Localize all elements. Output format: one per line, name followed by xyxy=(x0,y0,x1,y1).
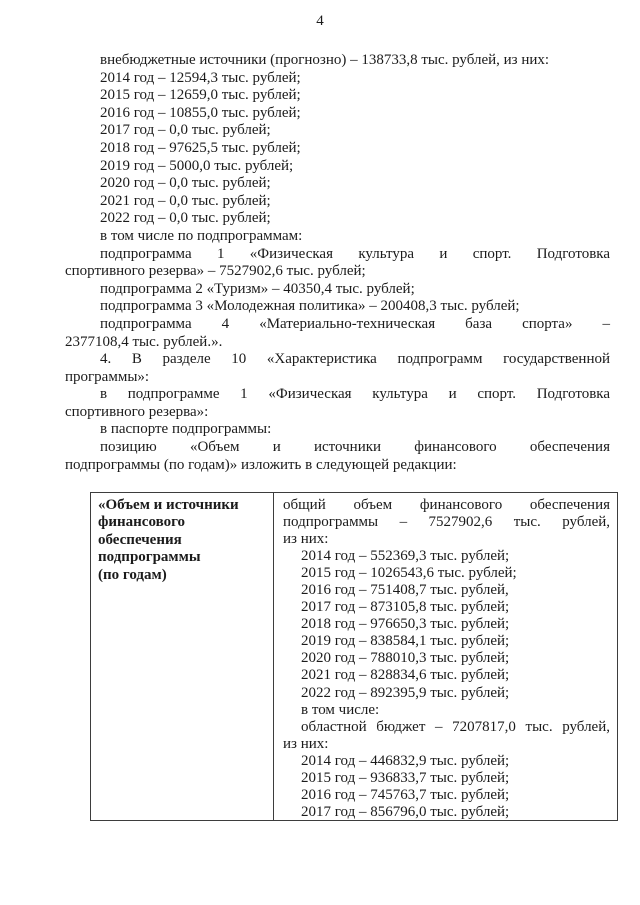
text-line: из них: xyxy=(283,736,610,753)
text-line: 2019 год – 838584,1 тыс. рублей; xyxy=(283,633,610,650)
text-line: подпрограмма 2 «Туризм» – 40350,4 тыс. р… xyxy=(65,281,610,299)
text-line: 2020 год – 788010,3 тыс. рублей; xyxy=(283,650,610,667)
text-line: областной бюджет – 7207817,0 тыс. рублей… xyxy=(283,719,610,736)
text-line: (по годам) xyxy=(98,567,267,584)
text-line: в паспорте подпрограммы: xyxy=(65,421,610,439)
document-body: внебюджетные источники (прогнозно) – 138… xyxy=(65,52,610,474)
text-line: 4. В разделе 10 «Характеристика подпрогр… xyxy=(65,351,610,369)
amendment-table: «Объем и источникифинансовогообеспечения… xyxy=(90,492,618,821)
text-line: 2014 год – 12594,3 тыс. рублей; xyxy=(65,70,610,88)
text-line: в том числе: xyxy=(283,702,610,719)
text-line: общий объем финансового обеспечения xyxy=(283,497,610,514)
text-line: 2018 год – 976650,3 тыс. рублей; xyxy=(283,616,610,633)
text-line: 2020 год – 0,0 тыс. рублей; xyxy=(65,175,610,193)
text-line: в том числе по подпрограммам: xyxy=(65,228,610,246)
page-number: 4 xyxy=(0,12,640,30)
text-line: 2022 год – 0,0 тыс. рублей; xyxy=(65,210,610,228)
text-line: подпрограммы (по годам)» изложить в след… xyxy=(65,457,610,475)
text-line: 2018 год – 97625,5 тыс. рублей; xyxy=(65,140,610,158)
text-line: спортивного резерва» – 7527902,6 тыс. ру… xyxy=(65,263,610,281)
text-line: 2016 год – 10855,0 тыс. рублей; xyxy=(65,105,610,123)
text-line: 2021 год – 0,0 тыс. рублей; xyxy=(65,193,610,211)
text-line: подпрограммы – 7527902,6 тыс. рублей, xyxy=(283,514,610,531)
text-line: 2015 год – 12659,0 тыс. рублей; xyxy=(65,87,610,105)
text-line: 2377108,4 тыс. рублей.». xyxy=(65,334,610,352)
text-line: финансового xyxy=(98,514,267,531)
table-header-cell: «Объем и источникифинансовогообеспечения… xyxy=(91,493,274,820)
document-page: 4 внебюджетные источники (прогнозно) – 1… xyxy=(0,0,640,905)
text-line: 2017 год – 856796,0 тыс. рублей; xyxy=(283,804,610,820)
text-line: из них: xyxy=(283,531,610,548)
text-line: 2016 год – 751408,7 тыс. рублей, xyxy=(283,582,610,599)
text-line: позицию «Объем и источники финансового о… xyxy=(65,439,610,457)
text-line: 2022 год – 892395,9 тыс. рублей; xyxy=(283,685,610,702)
text-line: внебюджетные источники (прогнозно) – 138… xyxy=(65,52,610,70)
text-line: 2015 год – 1026543,6 тыс. рублей; xyxy=(283,565,610,582)
text-line: 2019 год – 5000,0 тыс. рублей; xyxy=(65,158,610,176)
text-line: «Объем и источники xyxy=(98,497,267,514)
text-line: подпрограммы xyxy=(98,549,267,566)
text-line: 2016 год – 745763,7 тыс. рублей; xyxy=(283,787,610,804)
table-value-cell: общий объем финансового обеспеченияподпр… xyxy=(274,493,617,820)
text-line: подпрограмма 3 «Молодежная политика» – 2… xyxy=(65,298,610,316)
text-line: подпрограмма 4 «Материально-техническая … xyxy=(65,316,610,334)
text-line: 2017 год – 0,0 тыс. рублей; xyxy=(65,122,610,140)
text-line: обеспечения xyxy=(98,532,267,549)
text-line: в подпрограмме 1 «Физическая культура и … xyxy=(65,386,610,404)
text-line: 2014 год – 446832,9 тыс. рублей; xyxy=(283,753,610,770)
text-line: программы»: xyxy=(65,369,610,387)
text-line: подпрограмма 1 «Физическая культура и сп… xyxy=(65,246,610,264)
text-line: 2021 год – 828834,6 тыс. рублей; xyxy=(283,667,610,684)
text-line: 2014 год – 552369,3 тыс. рублей; xyxy=(283,548,610,565)
text-line: спортивного резерва»: xyxy=(65,404,610,422)
text-line: 2017 год – 873105,8 тыс. рублей; xyxy=(283,599,610,616)
text-line: 2015 год – 936833,7 тыс. рублей; xyxy=(283,770,610,787)
